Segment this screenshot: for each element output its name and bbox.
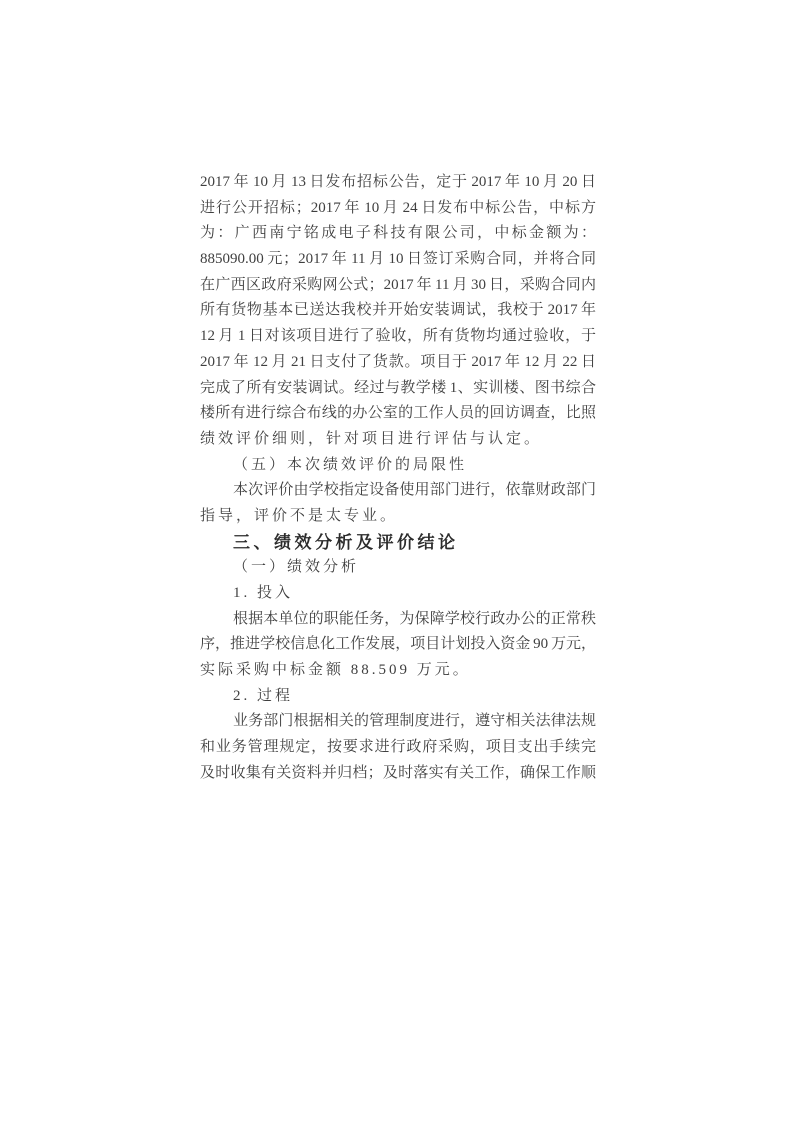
- text-line: 及时收集有关资料并归档；及时落实有关工作，确保工作顺: [200, 761, 596, 787]
- text-line: 指导，评价不是太专业。: [200, 504, 596, 530]
- document-page: 2017 年 10 月 13 日发布招标公告，定于 2017 年 10 月 20…: [0, 0, 794, 1123]
- text-line: 12 月 1 日对该项目进行了验收，所有货物均通过验收，于: [200, 324, 596, 350]
- text-line: 2017 年 10 月 13 日发布招标公告，定于 2017 年 10 月 20…: [200, 170, 596, 196]
- text-line: 业务部门根据相关的管理制度进行，遵守相关法律法规: [200, 709, 596, 735]
- text-line: 完成了所有安装调试。经过与教学楼 1、实训楼、图书综合: [200, 376, 596, 402]
- text-line: （一）绩效分析: [200, 555, 596, 581]
- text-line: 1. 投入: [200, 581, 596, 607]
- text-line: 所有货物基本已送达我校并开始安装调试，我校于 2017 年: [200, 298, 596, 324]
- text-line: 序，推进学校信息化工作发展，项目计划投入资金 90 万元，: [200, 632, 596, 658]
- text-line: 实际采购中标金额 88.509 万元。: [200, 658, 596, 684]
- text-line: 楼所有进行综合布线的办公室的工作人员的回访调查，比照: [200, 401, 596, 427]
- text-line: 885090.00 元；2017 年 11 月 10 日签订采购合同，并将合同: [200, 247, 596, 273]
- text-line: 为：广西南宁铭成电子科技有限公司，中标金额为：: [200, 221, 596, 247]
- text-line: 根据本单位的职能任务，为保障学校行政办公的正常秩: [200, 607, 596, 633]
- text-line: 在广西区政府采购网公式；2017 年 11 月 30 日，采购合同内: [200, 273, 596, 299]
- text-line: 和业务管理规定，按要求进行政府采购，项目支出手续完备，: [200, 735, 596, 761]
- text-line: 绩效评价细则，针对项目进行评估与认定。: [200, 427, 596, 453]
- text-line: 本次评价由学校指定设备使用部门进行，依靠财政部门: [200, 478, 596, 504]
- document-text-block: 2017 年 10 月 13 日发布招标公告，定于 2017 年 10 月 20…: [200, 170, 596, 787]
- text-line: 进行公开招标；2017 年 10 月 24 日发布中标公告，中标方: [200, 196, 596, 222]
- text-line: 2017 年 12 月 21 日支付了货款。项目于 2017 年 12 月 22…: [200, 350, 596, 376]
- text-line: （五）本次绩效评价的局限性: [200, 453, 596, 479]
- section-heading: 三、绩效分析及评价结论: [200, 530, 596, 556]
- text-line: 2. 过程: [200, 684, 596, 710]
